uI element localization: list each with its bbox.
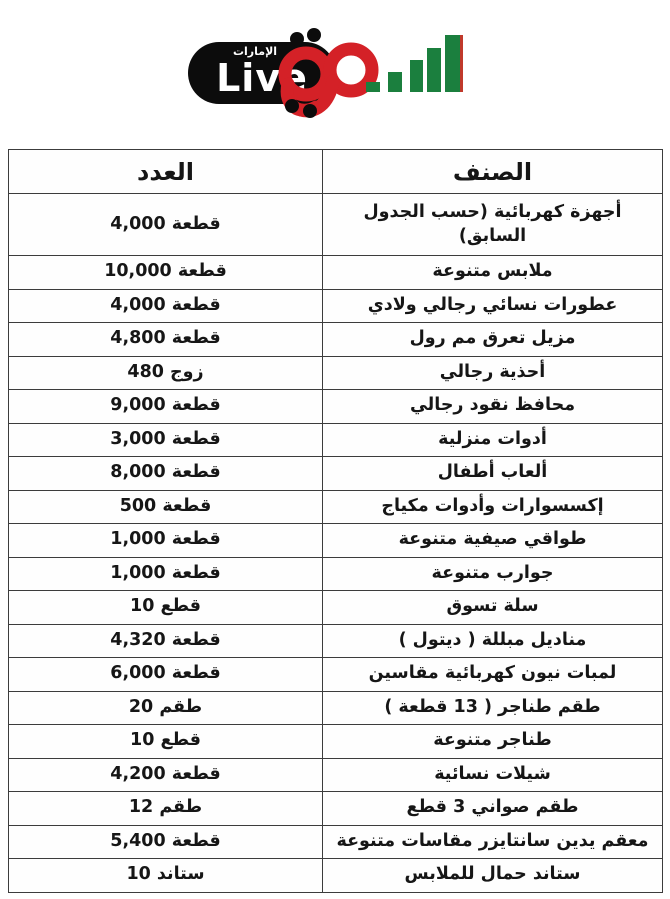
category-cell: شيلات نسائية — [323, 758, 663, 792]
count-cell: 20 طقم — [9, 691, 323, 725]
category-cell: طقم طناجر ( 13 قطعة ) — [323, 691, 663, 725]
table-row: ستاند حمال للملابس10 ستاند — [9, 859, 663, 893]
count-cell: 1,000 قطعة — [9, 557, 323, 591]
count-cell: 10 ستاند — [9, 859, 323, 893]
count-cell: 4,000 قطعة — [9, 194, 323, 256]
signal-bars-icon — [366, 35, 463, 92]
category-cell: عطورات نسائي رجالي ولادي — [323, 289, 663, 323]
category-cell: أجهزة كهربائية (حسب الجدول السابق) — [323, 194, 663, 256]
count-cell: 4,800 قطعة — [9, 323, 323, 357]
category-cell: سلة تسوق — [323, 591, 663, 625]
table-row: طناجر متنوعة10 قطع — [9, 725, 663, 759]
count-cell: 9,000 قطعة — [9, 390, 323, 424]
table-row: إكسسوارات وأدوات مكياج500 قطعة — [9, 490, 663, 524]
category-cell: طقم صواني 3 قطع — [323, 792, 663, 826]
aid-items-table: الصنف العدد أجهزة كهربائية (حسب الجدول ا… — [8, 149, 663, 893]
table-body: أجهزة كهربائية (حسب الجدول السابق)4,000 … — [9, 194, 663, 893]
count-cell: 500 قطعة — [9, 490, 323, 524]
category-cell: أدوات منزلية — [323, 423, 663, 457]
count-cell: 480 زوج — [9, 356, 323, 390]
table-row: طقم صواني 3 قطع12 طقم — [9, 792, 663, 826]
count-column-header: العدد — [9, 150, 323, 194]
table-row: سلة تسوق10 قطع — [9, 591, 663, 625]
count-cell: 3,000 قطعة — [9, 423, 323, 457]
table-row: لمبات نيون كهربائية مقاسين6,000 قطعة — [9, 658, 663, 692]
category-cell: طناجر متنوعة — [323, 725, 663, 759]
category-column-header: الصنف — [323, 150, 663, 194]
count-cell: 6,000 قطعة — [9, 658, 323, 692]
count-cell: 1,000 قطعة — [9, 524, 323, 558]
table-row: محافظ نقود رجالي9,000 قطعة — [9, 390, 663, 424]
category-cell: إكسسوارات وأدوات مكياج — [323, 490, 663, 524]
header-row: الصنف العدد — [9, 150, 663, 194]
table-row: أجهزة كهربائية (حسب الجدول السابق)4,000 … — [9, 194, 663, 256]
category-cell: طواقي صيفية متنوعة — [323, 524, 663, 558]
table-row: شيلات نسائية4,200 قطعة — [9, 758, 663, 792]
count-cell: 4,320 قطعة — [9, 624, 323, 658]
category-cell: أحذية رجالي — [323, 356, 663, 390]
category-cell: ألعاب أطفال — [323, 457, 663, 491]
brand-calligraphy-and-bars-icon — [270, 26, 468, 120]
table-row: مناديل مبللة ( ديتول )4,320 قطعة — [9, 624, 663, 658]
table-row: جوارب متنوعة1,000 قطعة — [9, 557, 663, 591]
count-cell: 12 طقم — [9, 792, 323, 826]
count-cell: 10 قطع — [9, 591, 323, 625]
red-calligraphy-icon — [285, 49, 372, 111]
count-cell: 5,400 قطعة — [9, 825, 323, 859]
category-cell: ستاند حمال للملابس — [323, 859, 663, 893]
count-cell: 10 قطع — [9, 725, 323, 759]
category-cell: لمبات نيون كهربائية مقاسين — [323, 658, 663, 692]
category-cell: مناديل مبللة ( ديتول ) — [323, 624, 663, 658]
count-cell: 4,000 قطعة — [9, 289, 323, 323]
category-cell: جوارب متنوعة — [323, 557, 663, 591]
table-row: ملابس متنوعة10,000 قطعة — [9, 256, 663, 290]
category-cell: مزيل تعرق مم رول — [323, 323, 663, 357]
table-row: مزيل تعرق مم رول4,800 قطعة — [9, 323, 663, 357]
table-row: أدوات منزلية3,000 قطعة — [9, 423, 663, 457]
count-cell: 10,000 قطعة — [9, 256, 323, 290]
count-cell: 8,000 قطعة — [9, 457, 323, 491]
count-cell: 4,200 قطعة — [9, 758, 323, 792]
table-row: أحذية رجالي480 زوج — [9, 356, 663, 390]
table-row: عطورات نسائي رجالي ولادي4,000 قطعة — [9, 289, 663, 323]
table-row: طواقي صيفية متنوعة1,000 قطعة — [9, 524, 663, 558]
table-row: ألعاب أطفال8,000 قطعة — [9, 457, 663, 491]
category-cell: محافظ نقود رجالي — [323, 390, 663, 424]
category-cell: ملابس متنوعة — [323, 256, 663, 290]
table-row: معقم يدين سانتايزر مقاسات متنوعة5,400 قط… — [9, 825, 663, 859]
table-row: طقم طناجر ( 13 قطعة )20 طقم — [9, 691, 663, 725]
site-logo: الإمارات Live — [0, 0, 670, 140]
category-cell: معقم يدين سانتايزر مقاسات متنوعة — [323, 825, 663, 859]
